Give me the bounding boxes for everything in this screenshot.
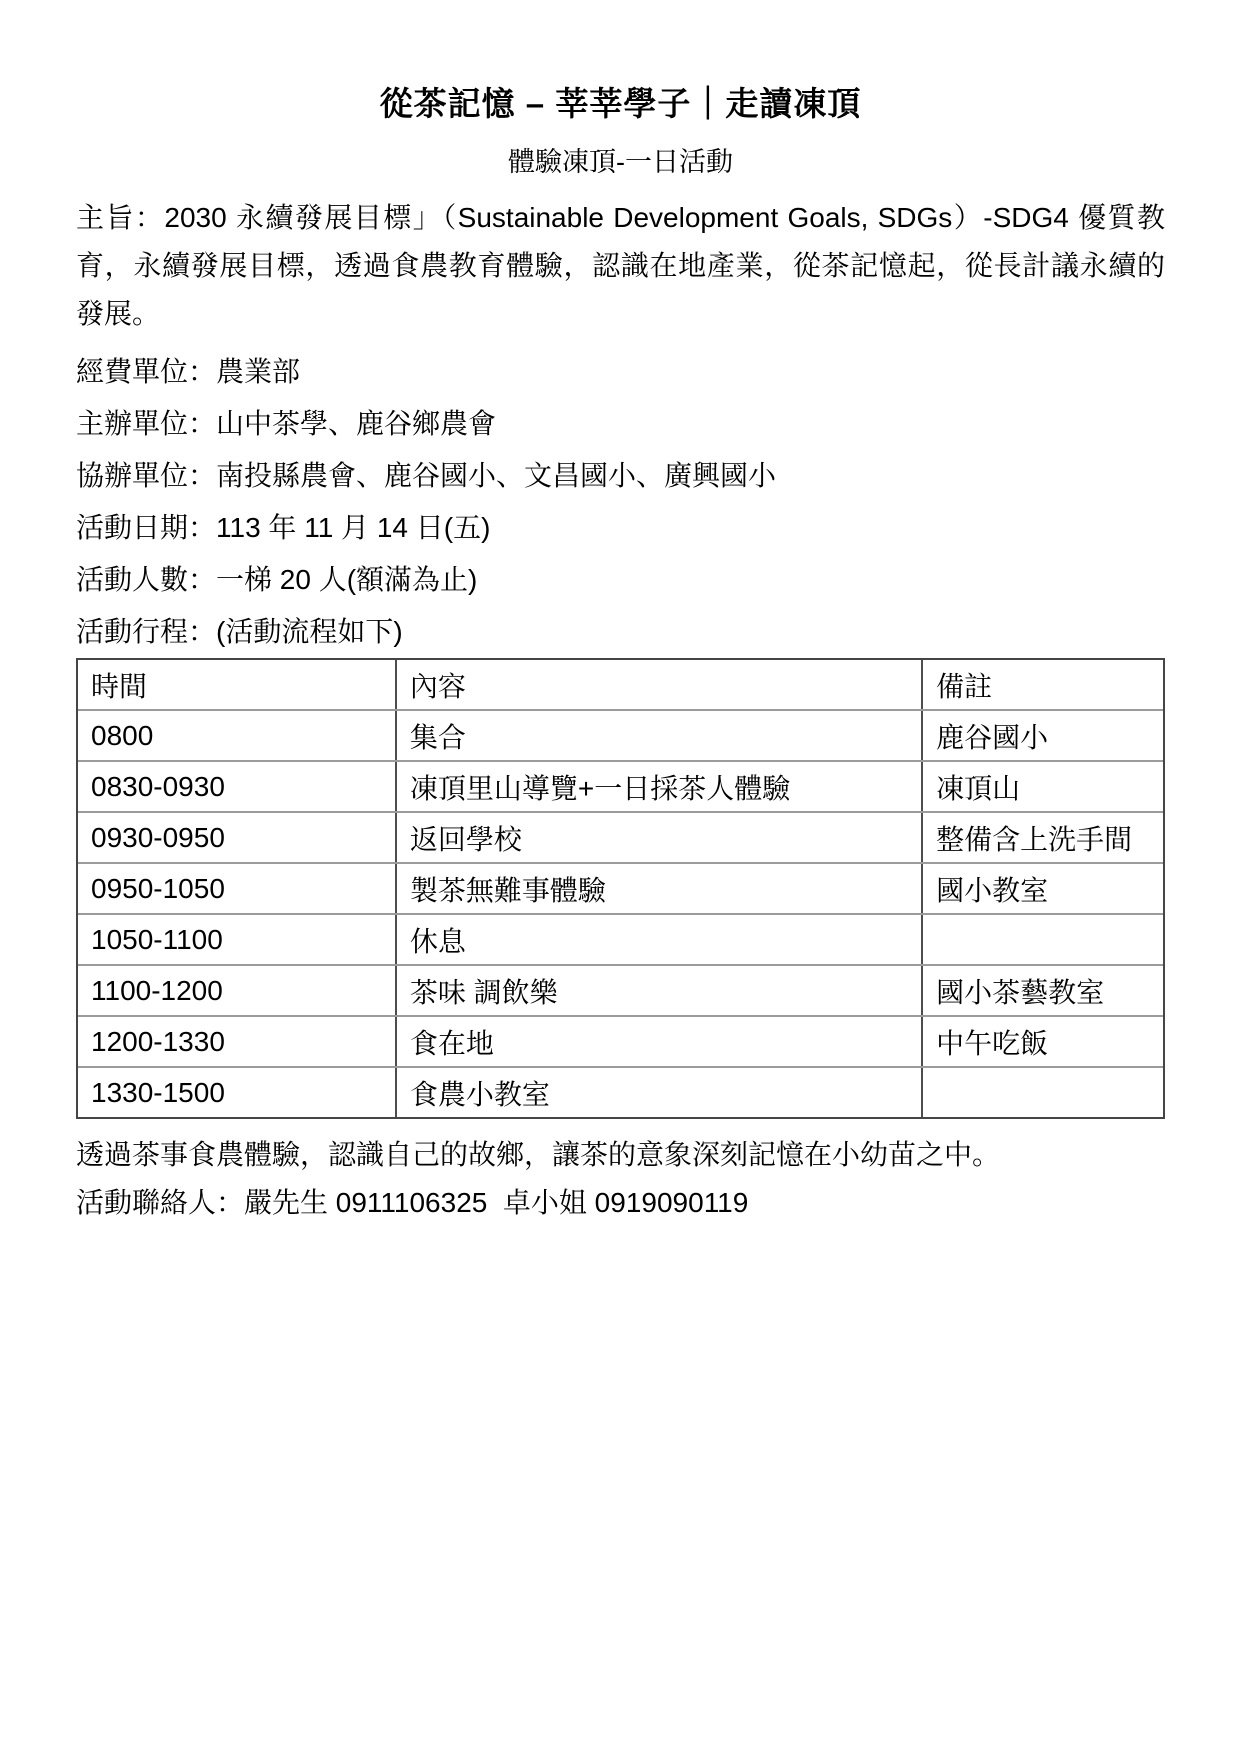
schedule-row: 0830-0930 凍頂里山導覽+一日採茶人體驗 凍頂山	[78, 761, 1163, 812]
schedule-cell-time: 1200-1330	[78, 1016, 396, 1067]
info-line-event-date: 活動日期：113 年 11 月 14 日(五)	[76, 502, 1165, 554]
info-line-organizer: 主辦單位：山中茶學、鹿谷鄉農會	[76, 398, 1165, 450]
closing-paragraph: 透過茶事食農體驗，認識自己的故鄉，讓茶的意象深刻記憶在小幼苗之中。	[76, 1131, 1165, 1179]
schedule-header-content: 內容	[396, 660, 922, 710]
schedule-header-row: 時間 內容 備註	[78, 660, 1163, 710]
schedule-cell-content: 製茶無難事體驗	[396, 863, 922, 914]
schedule-row: 1200-1330 食在地 中午吃飯	[78, 1016, 1163, 1067]
schedule-cell-time: 0930-0950	[78, 812, 396, 863]
info-line-itinerary-label: 活動行程：(活動流程如下)	[76, 606, 1165, 658]
schedule-cell-content: 茶味 調飲樂	[396, 965, 922, 1016]
schedule-cell-content: 食農小教室	[396, 1067, 922, 1117]
schedule-row: 1100-1200 茶味 調飲樂 國小茶藝教室	[78, 965, 1163, 1016]
schedule-cell-content: 凍頂里山導覽+一日採茶人體驗	[396, 761, 922, 812]
schedule-cell-content: 返回學校	[396, 812, 922, 863]
schedule-cell-content: 休息	[396, 914, 922, 965]
document-title: 從茶記憶 – 莘莘學子｜走讀凍頂	[76, 0, 1165, 126]
schedule-cell-time: 1330-1500	[78, 1067, 396, 1117]
schedule-row: 0950-1050 製茶無難事體驗 國小教室	[78, 863, 1163, 914]
schedule-cell-content: 食在地	[396, 1016, 922, 1067]
info-line-co-organizer: 協辦單位：南投縣農會、鹿谷國小、文昌國小、廣興國小	[76, 450, 1165, 502]
document-subtitle: 體驗凍頂-一日活動	[76, 142, 1165, 182]
info-line-funding-unit: 經費單位：農業部	[76, 346, 1165, 398]
schedule-cell-time: 0830-0930	[78, 761, 396, 812]
schedule-cell-note: 整備含上洗手間	[922, 812, 1163, 863]
schedule-cell-note: 凍頂山	[922, 761, 1163, 812]
schedule-cell-note: 國小教室	[922, 863, 1163, 914]
schedule-cell-note: 中午吃飯	[922, 1016, 1163, 1067]
schedule-row: 0800 集合 鹿谷國小	[78, 710, 1163, 761]
schedule-header-time: 時間	[78, 660, 396, 710]
schedule-cell-note: 鹿谷國小	[922, 710, 1163, 761]
document-page: 從茶記憶 – 莘莘學子｜走讀凍頂 體驗凍頂-一日活動 主旨：2030 永續發展目…	[0, 0, 1241, 1755]
schedule-cell-note	[922, 1067, 1163, 1117]
schedule-cell-note: 國小茶藝教室	[922, 965, 1163, 1016]
schedule-cell-content: 集合	[396, 710, 922, 761]
schedule-row: 1330-1500 食農小教室	[78, 1067, 1163, 1117]
purpose-paragraph: 主旨：2030 永續發展目標」（Sustainable Development …	[76, 194, 1165, 338]
schedule-header-note: 備註	[922, 660, 1163, 710]
schedule-table-frame: 時間 內容 備註 0800 集合 鹿谷國小 0830-0930 凍頂里山導覽+一…	[76, 658, 1165, 1119]
schedule-cell-time: 1050-1100	[78, 914, 396, 965]
schedule-cell-time: 0950-1050	[78, 863, 396, 914]
schedule-cell-note	[922, 914, 1163, 965]
info-lines-block: 經費單位：農業部 主辦單位：山中茶學、鹿谷鄉農會 協辦單位：南投縣農會、鹿谷國小…	[76, 346, 1165, 658]
schedule-table: 時間 內容 備註 0800 集合 鹿谷國小 0830-0930 凍頂里山導覽+一…	[78, 660, 1163, 1117]
info-line-participant-count: 活動人數：一梯 20 人(額滿為止)	[76, 554, 1165, 606]
contact-line: 活動聯絡人：嚴先生 0911106325 卓小姐 0919090119	[76, 1179, 1165, 1227]
schedule-cell-time: 1100-1200	[78, 965, 396, 1016]
schedule-row: 1050-1100 休息	[78, 914, 1163, 965]
schedule-cell-time: 0800	[78, 710, 396, 761]
schedule-row: 0930-0950 返回學校 整備含上洗手間	[78, 812, 1163, 863]
